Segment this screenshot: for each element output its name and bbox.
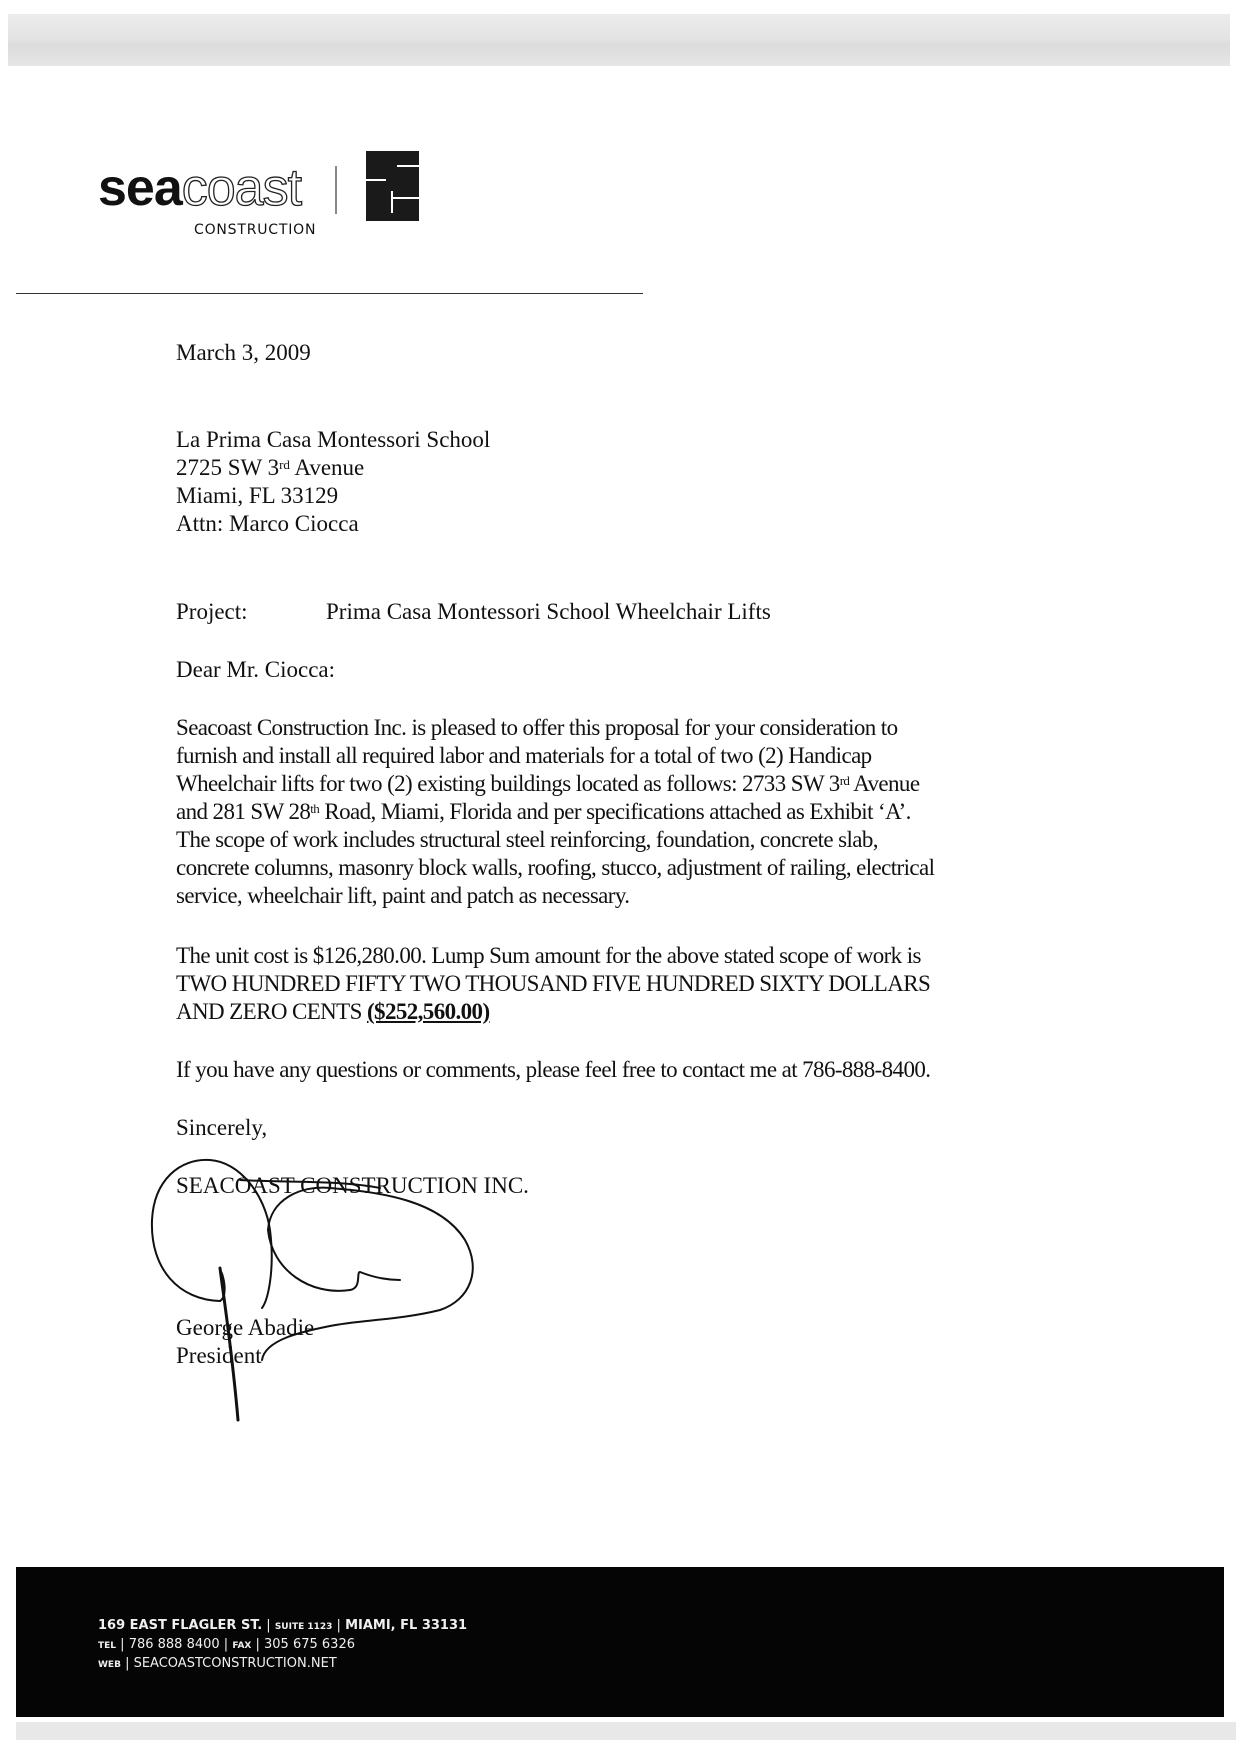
recipient-street-prefix: 2725 SW 3: [176, 455, 279, 480]
logo-wordmark: seacoast: [98, 158, 301, 218]
recipient-street: 2725 SW 3rd Avenue: [176, 454, 364, 482]
footer-suite: SUITE 1123: [275, 1622, 333, 1632]
footer-separator: |: [116, 1637, 129, 1652]
footer-separator: |: [262, 1618, 275, 1633]
body1-line7: service, wheelchair lift, paint and patc…: [176, 882, 629, 910]
letterhead-rule: [16, 293, 643, 294]
body1-line3: Wheelchair lifts for two (2) existing bu…: [176, 770, 919, 798]
closing: Sincerely,: [176, 1114, 267, 1142]
body1-line6: concrete columns, masonry block walls, r…: [176, 854, 934, 882]
body1-line3-b: Avenue: [849, 771, 919, 796]
footer-tel-label: TEL: [98, 1641, 116, 1651]
body1-line3-sup: rd: [840, 773, 850, 788]
body2-line3: AND ZERO CENTS ($252,560.00): [176, 998, 490, 1026]
signer-name: George Abadie: [176, 1314, 314, 1342]
scan-artifact-top: [8, 14, 1230, 66]
square-mark-icon: [366, 151, 419, 221]
body1-line1: Seacoast Construction Inc. is pleased to…: [176, 714, 898, 742]
letter-date: March 3, 2009: [176, 339, 311, 367]
body2-line2: TWO HUNDRED FIFTY TWO THOUSAND FIVE HUND…: [176, 970, 930, 998]
project-label: Project:: [176, 598, 248, 626]
footer-address: 169 EAST FLAGLER ST. | SUITE 1123 | MIAM…: [98, 1617, 467, 1636]
body1-line4-sup: th: [310, 801, 319, 816]
footer-separator: |: [220, 1637, 233, 1652]
body2-line1: The unit cost is $126,280.00. Lump Sum a…: [176, 942, 921, 970]
body1-line4: and 281 SW 28th Road, Miami, Florida and…: [176, 798, 911, 826]
recipient-street-suffix: Avenue: [290, 455, 364, 480]
body1-line4-a: and 281 SW 28: [176, 799, 310, 824]
footer-phone-line: TEL | 786 888 8400 | FAX | 305 675 6326: [98, 1636, 467, 1655]
footer-tel: 786 888 8400: [129, 1637, 220, 1652]
footer-fax: 305 675 6326: [264, 1637, 355, 1652]
logo-subtitle: CONSTRUCTION: [194, 222, 316, 238]
lump-sum-amount: ($252,560.00): [367, 999, 490, 1024]
body2-line3-a: AND ZERO CENTS: [176, 999, 367, 1024]
footer-contact-block: 169 EAST FLAGLER ST. | SUITE 1123 | MIAM…: [98, 1617, 467, 1674]
footer-fax-label: FAX: [232, 1641, 251, 1651]
recipient-attn: Attn: Marco Ciocca: [176, 510, 359, 538]
footer-city: MIAMI, FL 33131: [345, 1618, 467, 1633]
scan-artifact-bottom: [16, 1722, 1236, 1740]
recipient-name: La Prima Casa Montessori School: [176, 426, 490, 454]
footer-separator: |: [251, 1637, 264, 1652]
footer-separator: |: [121, 1656, 134, 1671]
company-name: SEACOAST CONSTRUCTION INC.: [176, 1172, 529, 1200]
footer-web-line: WEB | SEACOASTCONSTRUCTION.NET: [98, 1655, 467, 1674]
recipient-city: Miami, FL 33129: [176, 482, 338, 510]
contact-line: If you have any questions or comments, p…: [176, 1056, 930, 1084]
salutation: Dear Mr. Ciocca:: [176, 656, 335, 684]
footer-web-label: WEB: [98, 1660, 121, 1670]
body1-line3-a: Wheelchair lifts for two (2) existing bu…: [176, 771, 840, 796]
footer-web[interactable]: SEACOASTCONSTRUCTION.NET: [134, 1656, 337, 1671]
footer-separator: |: [332, 1618, 345, 1633]
logo-wordmark-light: coast: [182, 159, 301, 217]
letterhead-footer: 169 EAST FLAGLER ST. | SUITE 1123 | MIAM…: [16, 1567, 1224, 1717]
recipient-street-sup: rd: [279, 457, 290, 472]
body1-line5: The scope of work includes structural st…: [176, 826, 878, 854]
body1-line4-b: Road, Miami, Florida and per specificati…: [319, 799, 911, 824]
project-value: Prima Casa Montessori School Wheelchair …: [326, 598, 771, 626]
logo-separator: [335, 166, 337, 214]
body1-line2: furnish and install all required labor a…: [176, 742, 872, 770]
signer-title: President: [176, 1342, 262, 1370]
footer-street: 169 EAST FLAGLER ST.: [98, 1618, 262, 1633]
logo-wordmark-bold: sea: [98, 159, 182, 217]
